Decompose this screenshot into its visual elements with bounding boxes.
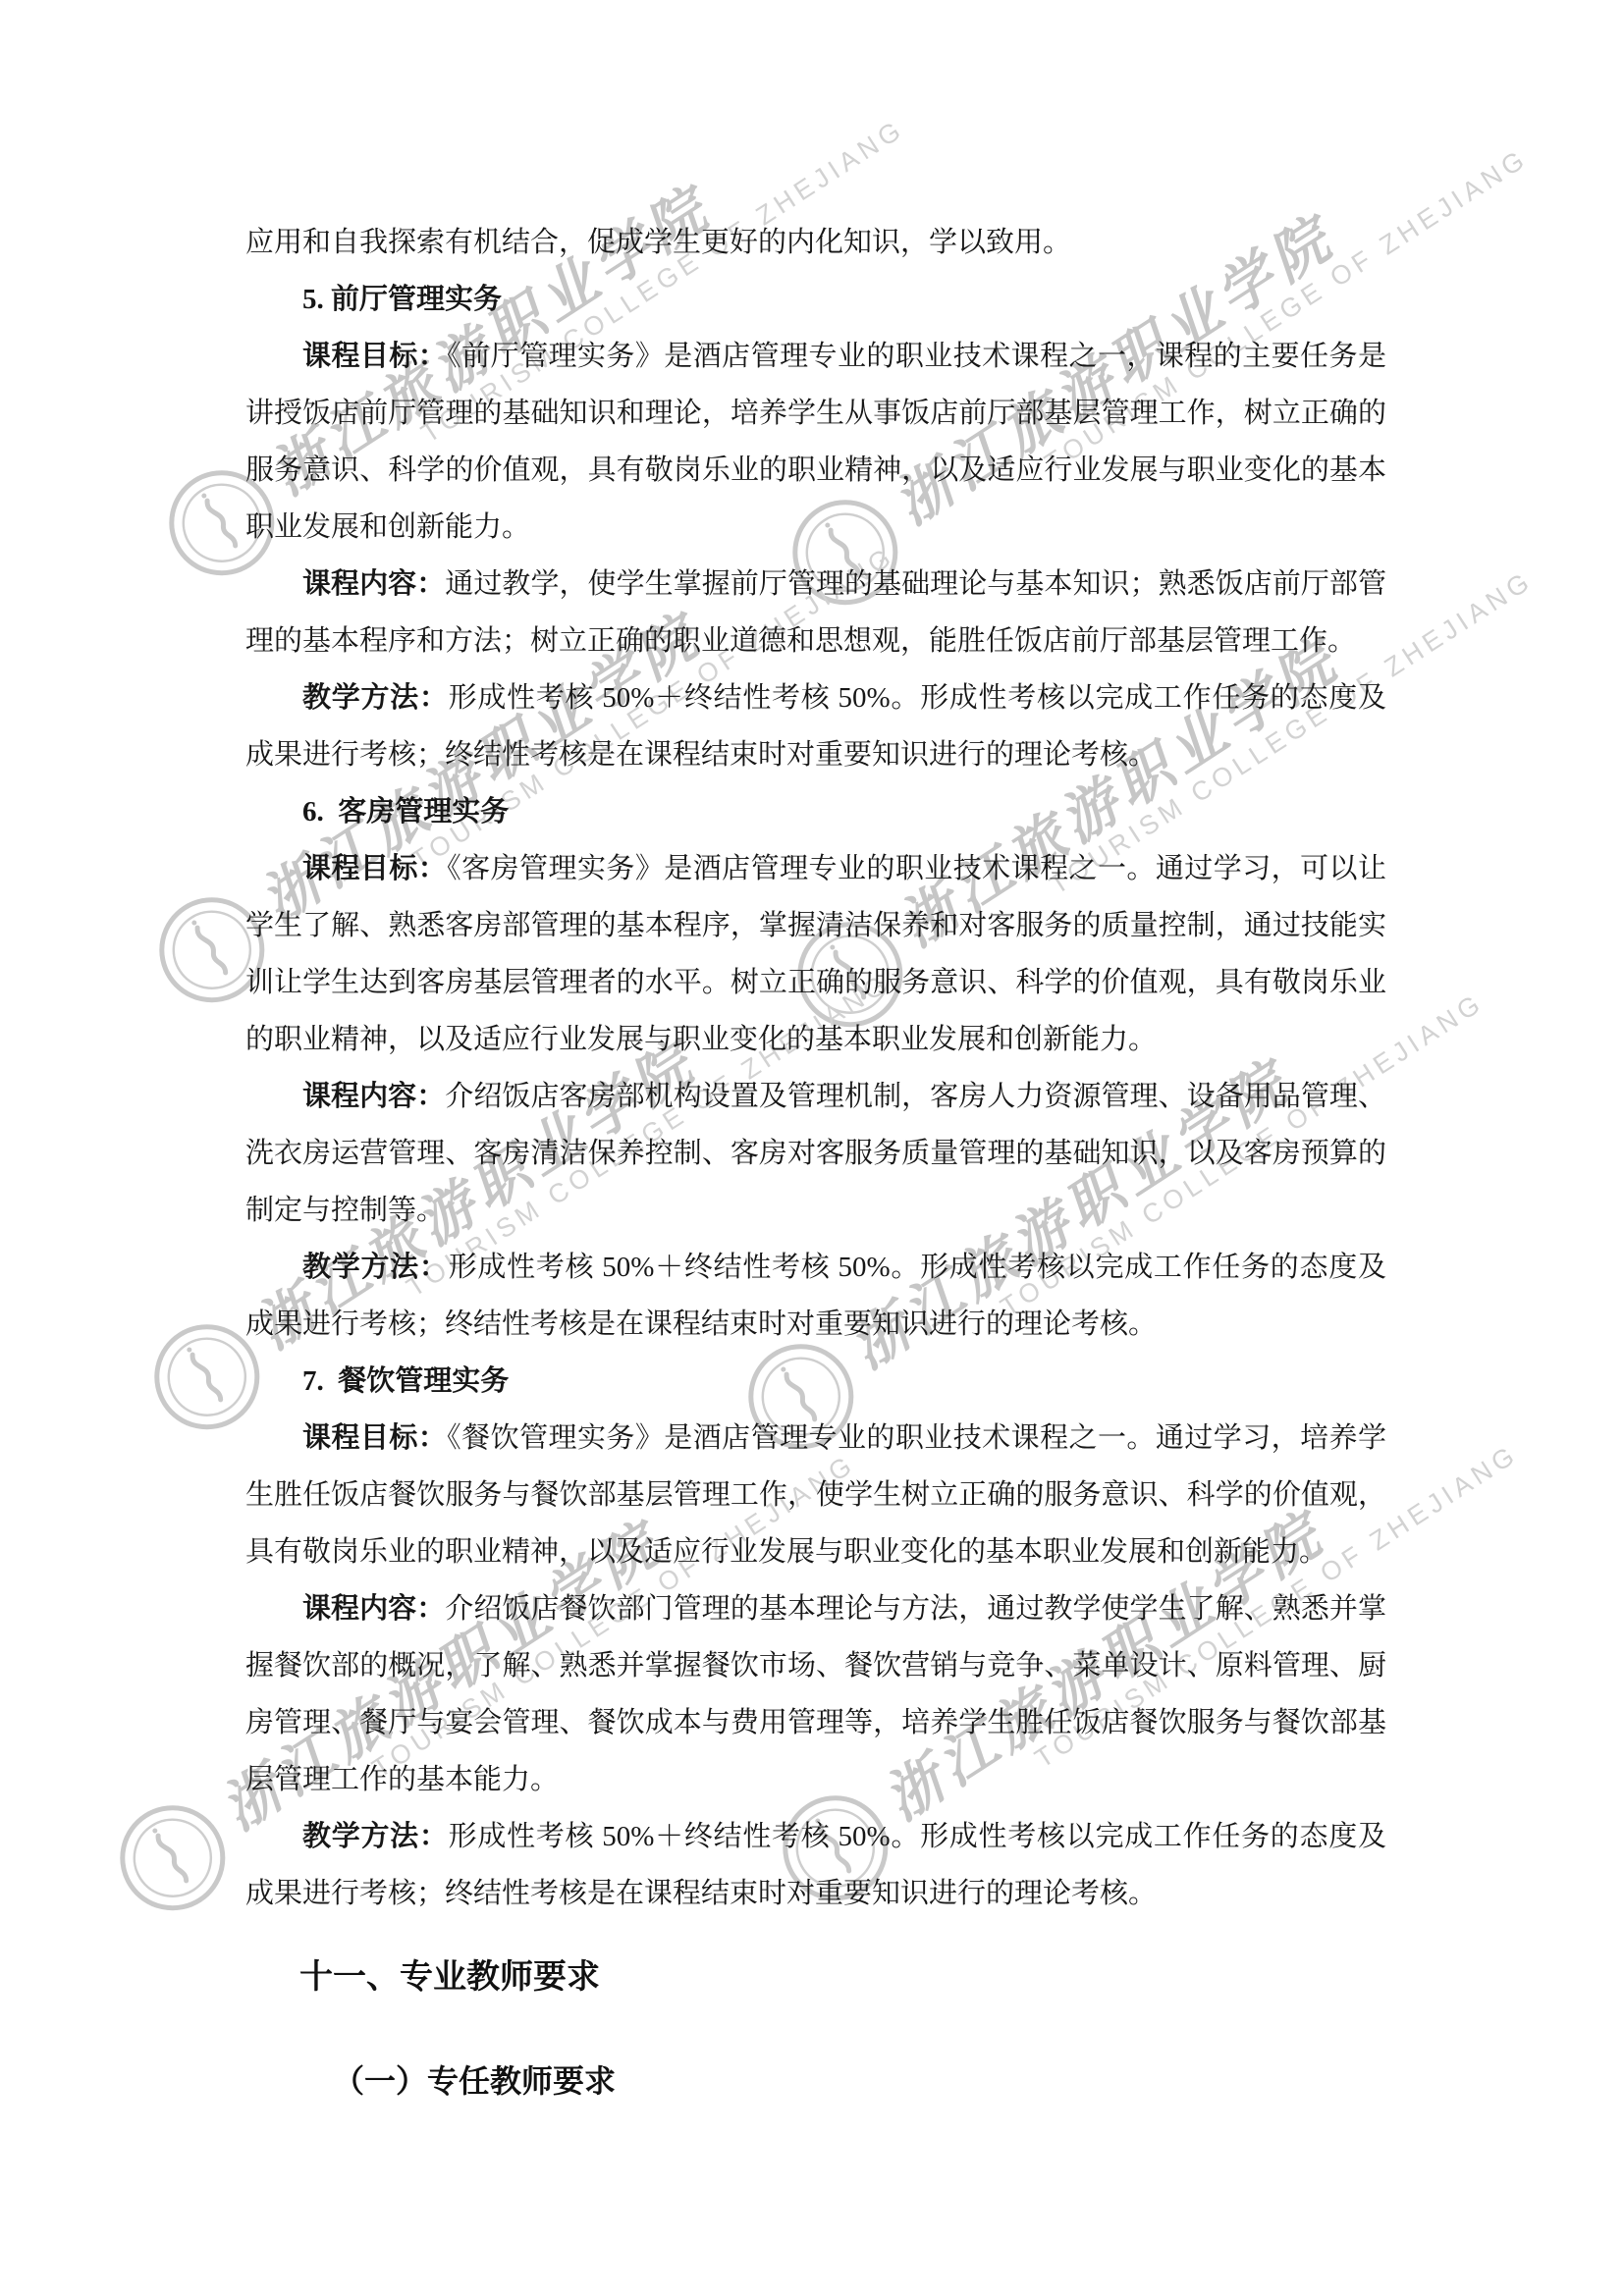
paragraph-label: 教学方法： [302, 682, 449, 714]
teaching-method-paragraph: 教学方法：形成性考核 50%＋终结性考核 50%。形成性考核以完成工作任务的态度… [245, 1808, 1386, 1922]
teaching-method-paragraph: 教学方法：形成性考核 50%＋终结性考核 50%。形成性考核以完成工作任务的态度… [245, 1239, 1386, 1353]
continued-paragraph: 应用和自我探索有机结合，促成学生更好的内化知识，学以致用。 [245, 214, 1386, 271]
paragraph-label: 教学方法： [302, 1252, 449, 1283]
teaching-method-paragraph: 教学方法：形成性考核 50%＋终结性考核 50%。形成性考核以完成工作任务的态度… [245, 669, 1386, 783]
course-objective-paragraph: 课程目标：《客房管理实务》是酒店管理专业的职业技术课程之一。通过学习，可以让学生… [245, 840, 1386, 1068]
paragraph-label: 课程目标： [302, 1422, 447, 1454]
section-heading-6: 6. 客房管理实务 [245, 783, 1386, 840]
college-seal-icon [98, 1784, 247, 1933]
paragraph-label: 课程内容： [302, 1593, 445, 1625]
course-objective-paragraph: 课程目标：《前厅管理实务》是酒店管理专业的职业技术课程之一，课程的主要任务是讲授… [245, 328, 1386, 556]
course-objective-paragraph: 课程目标：《餐饮管理实务》是酒店管理专业的职业技术课程之一。通过学习，培养学生胜… [245, 1410, 1386, 1580]
document-content: 应用和自我探索有机结合，促成学生更好的内化知识，学以致用。 5. 前厅管理实务 … [245, 214, 1386, 2109]
course-content-paragraph: 课程内容：通过教学，使学生掌握前厅管理的基础理论与基本知识；熟悉饭店前厅部管理的… [245, 556, 1386, 669]
course-content-paragraph: 课程内容：介绍饭店客房部机构设置及管理机制，客房人力资源管理、设备用品管理、洗衣… [245, 1068, 1386, 1239]
section-heading-7: 7. 餐饮管理实务 [245, 1353, 1386, 1410]
course-content-paragraph: 课程内容：介绍饭店餐饮部门管理的基本理论与方法，通过教学使学生了解、熟悉并掌握餐… [245, 1580, 1386, 1808]
sub-chapter-heading: （一）专任教师要求 [245, 2053, 1386, 2109]
paragraph-label: 教学方法： [302, 1821, 449, 1852]
chapter-heading: 十一、专业教师要求 [245, 1949, 1386, 2005]
paragraph-label: 课程目标： [302, 853, 447, 884]
paragraph-label: 课程内容： [302, 568, 445, 600]
paragraph-label: 课程内容： [302, 1081, 445, 1112]
section-heading-5: 5. 前厅管理实务 [245, 271, 1386, 328]
document-page: 浙江旅游职业学院 TOURISM COLLEGE OF ZHEJIANG 浙江旅… [0, 0, 1624, 2296]
paragraph-label: 课程目标： [302, 341, 447, 372]
